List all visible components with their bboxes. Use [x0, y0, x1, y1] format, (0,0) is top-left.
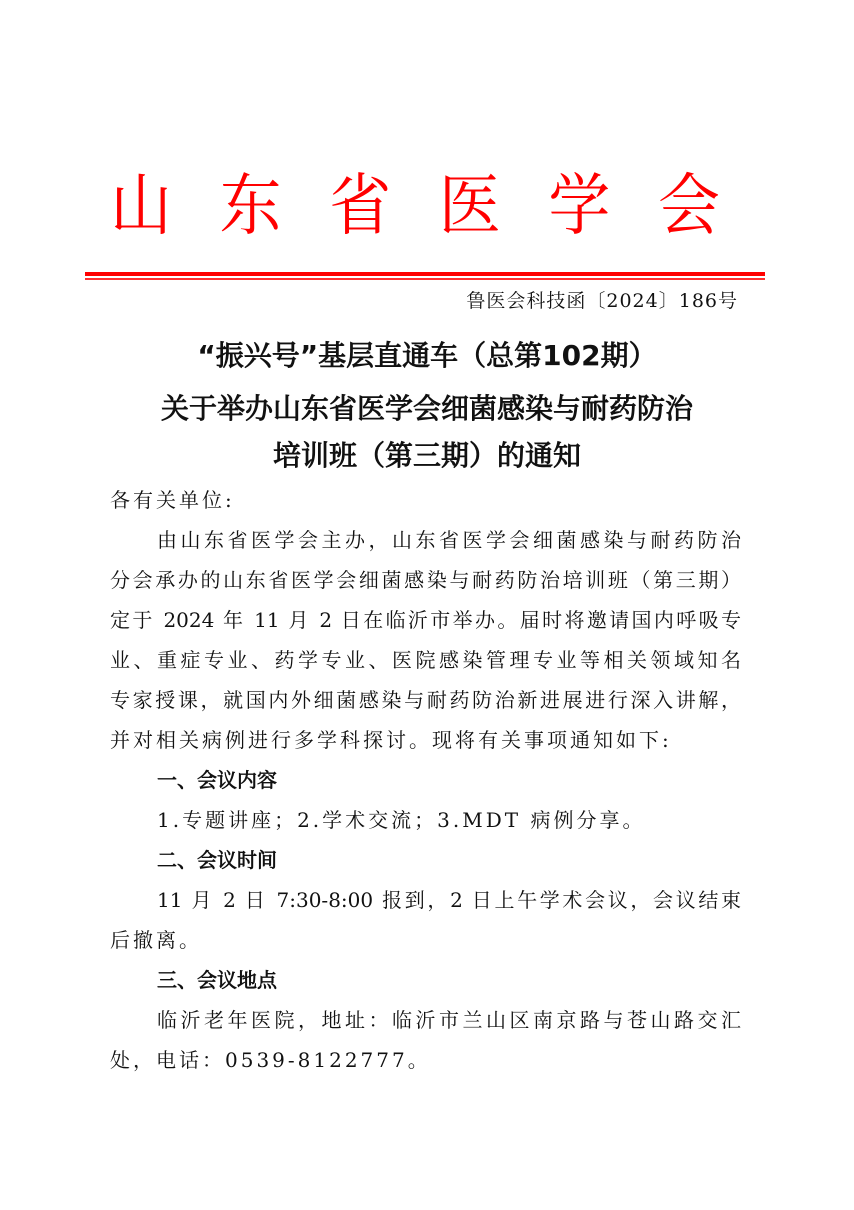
letterhead-char: 会: [658, 165, 720, 247]
document-title-line-1: “振兴号”基层直通车（总第102期）: [100, 336, 754, 376]
org-letterhead: 山 东 省 医 学 会: [110, 168, 720, 244]
salutation: 各有关单位:: [110, 480, 741, 520]
paragraph-line: 定于 2024 年 11 月 2 日在临沂市举办。届时将邀请国内呼吸专: [110, 600, 741, 640]
letterhead-char: 学: [548, 165, 610, 247]
document-title-line-2: 关于举办山东省医学会细菌感染与耐药防治: [100, 389, 754, 429]
letterhead-char: 东: [220, 165, 282, 247]
document-number: 鲁医会科技函〔2024〕186号: [466, 288, 738, 314]
section-line: 处，电话：0539-8122777。: [110, 1040, 741, 1080]
document-body: 各有关单位: 由山东省医学会主办，山东省医学会细菌感染与耐药防治 分会承办的山东…: [110, 480, 741, 1080]
paragraph-line: 并对相关病例进行多学科探讨。现将有关事项通知如下:: [110, 720, 741, 760]
section-line: 1.专题讲座；2.学术交流；3.MDT 病例分享。: [110, 800, 741, 840]
document-title-line-3: 培训班（第三期）的通知: [100, 436, 754, 476]
letterhead-char: 省: [329, 165, 391, 247]
letterhead-char: 医: [439, 165, 501, 247]
paragraph-line: 业、重症专业、药学专业、医院感染管理专业等相关领域知名: [110, 640, 741, 680]
letterhead-rule-thick: [85, 272, 765, 276]
section-line: 临沂老年医院，地址：临沂市兰山区南京路与苍山路交汇: [110, 1000, 741, 1040]
paragraph-line: 分会承办的山东省医学会细菌感染与耐药防治培训班（第三期）: [110, 560, 741, 600]
section-heading-content: 一、会议内容: [110, 760, 741, 800]
paragraph-line: 由山东省医学会主办，山东省医学会细菌感染与耐药防治: [110, 520, 741, 560]
letterhead-char: 山: [110, 165, 172, 247]
section-line: 后撤离。: [110, 920, 741, 960]
paragraph-line: 专家授课，就国内外细菌感染与耐药防治新进展进行深入讲解，: [110, 680, 741, 720]
section-line: 11 月 2 日 7:30-8:00 报到，2 日上午学术会议，会议结束: [110, 880, 741, 920]
letterhead-rule-thin: [85, 278, 765, 280]
section-heading-location: 三、会议地点: [110, 960, 741, 1000]
section-heading-time: 二、会议时间: [110, 840, 741, 880]
document-page: 山 东 省 医 学 会 鲁医会科技函〔2024〕186号 “振兴号”基层直通车（…: [0, 0, 854, 1210]
